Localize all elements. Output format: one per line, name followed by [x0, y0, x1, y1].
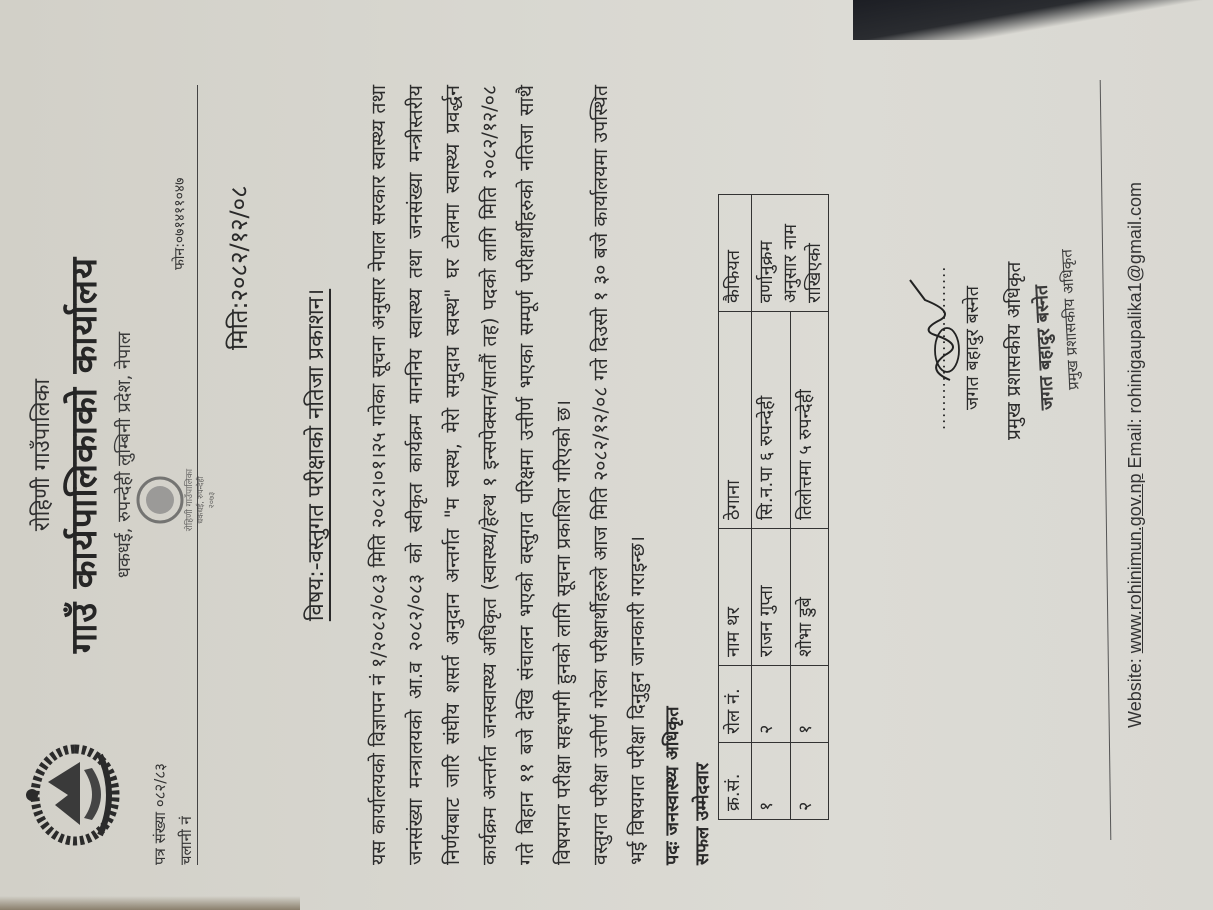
cell-roll: २ — [752, 666, 791, 743]
municipality-name: रोहिणी गाउँपालिका — [26, 0, 56, 910]
header-address: ठेगाना — [719, 312, 752, 529]
subject-text: विषय:-वस्तुगत परीक्षाको नतिजा प्रकाशन। — [304, 289, 329, 621]
header-remark: कैफियत — [719, 195, 752, 312]
cell-name: राजन गुप्ता — [752, 529, 791, 666]
footer-divider — [1100, 80, 1112, 840]
body-paragraph-1: यस कार्यालयको विज्ञापन नं १/२०८२/०८३ मित… — [360, 85, 582, 865]
signer-name: जगत बहादुर बस्नेत — [960, 286, 984, 410]
header-serial: क्र.सं. — [719, 743, 752, 820]
email-address: rohinigaupalika1@gmail.com — [1125, 182, 1145, 413]
phone-number: फोन:०७१४११०४७ — [170, 178, 189, 270]
seal-title: प्रमुख प्रशासकीय अधिकृत — [1056, 249, 1083, 391]
signer-title: प्रमुख प्रशासकीय अधिकृत — [1000, 262, 1026, 440]
results-table: क्र.सं. रोल नं. नाम थर ठेगाना कैफियत १ २… — [718, 194, 829, 820]
office-title: गाउँ कार्यपालिकाको कार्यालय — [58, 0, 107, 910]
website-label: Website: — [1125, 658, 1145, 728]
notice-page: रोहिणी गाउँपालिका गाउँ कार्यपालिकाको कार… — [0, 0, 1213, 910]
cell-address: सि.न.पा ६ रुपन्देही — [752, 312, 791, 529]
table-header-row: क्र.सं. रोल नं. नाम थर ठेगाना कैफियत — [719, 195, 752, 820]
post-title: पदः जनस्वास्थ्य अधिकृत — [660, 706, 684, 865]
subject-line: विषय:-वस्तुगत परीक्षाको नतिजा प्रकाशन। — [300, 0, 330, 910]
header-name: नाम थर — [719, 529, 752, 666]
cell-name: शोभा डुबे — [790, 529, 829, 666]
notice-body: यस कार्यालयको विज्ञापन नं १/२०८२/०८३ मित… — [360, 85, 656, 865]
svg-text:२०७३: २०७३ — [207, 492, 216, 509]
svg-text:रोहिणी गाउँपालिका: रोहिणी गाउँपालिका — [183, 468, 195, 531]
office-stamp-icon: रोहिणी गाउँपालिका धकधई, रुपन्देही २०७३ — [130, 440, 220, 560]
table-row: १ २ राजन गुप्ता सि.न.पा ६ रुपन्देही वर्ण… — [752, 195, 791, 820]
cell-serial: २ — [790, 743, 829, 820]
seal-name: जगत बहादुर बस्नेत — [1029, 284, 1060, 410]
notice-date: मिति:२०८२/१२/०८ — [222, 185, 255, 350]
body-paragraph-2: वस्तुगत परीक्षा उत्तीर्ण गरेका परीक्षार्… — [582, 85, 656, 865]
website-link[interactable]: www.rohinimun.gov.np — [1125, 473, 1145, 653]
email-label: Email: — [1125, 418, 1145, 468]
cell-remark: वर्णानुक्रम अनुसार नाम राखिएको — [752, 195, 829, 312]
dispatch-number: चलानी नं — [176, 816, 196, 865]
letter-number: पत्र संख्या ०८२/८३ — [150, 763, 170, 865]
footer-contact: Website: www.rohinimun.gov.np Email: roh… — [1125, 0, 1146, 910]
header-roll: रोल नं. — [719, 666, 752, 743]
header-divider — [197, 85, 198, 865]
cell-roll: १ — [790, 666, 829, 743]
cell-serial: १ — [752, 743, 791, 820]
successful-candidates-label: सफल उम्मेदवार — [690, 763, 714, 865]
cell-address: तिलोत्तमा ५ रुपन्देही — [790, 312, 829, 529]
